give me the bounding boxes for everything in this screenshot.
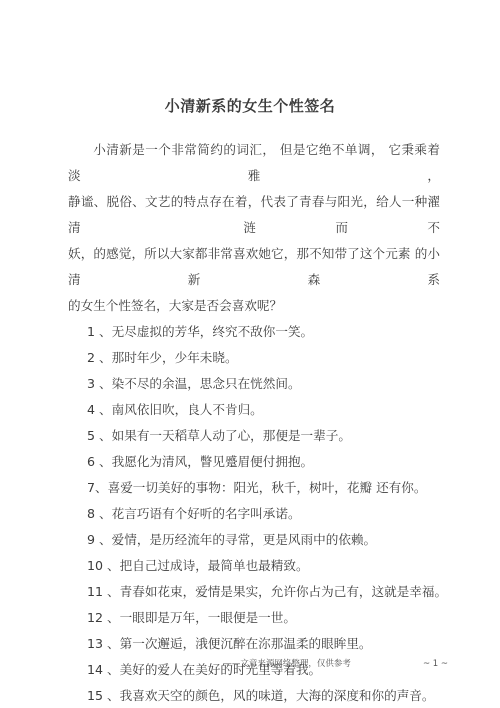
signature-item: 1 、无尽虚拟的芳华，终究不敌你一笑。 (68, 319, 440, 345)
item-number: 10 、 (87, 558, 120, 573)
signature-item: 3 、染不尽的余温，思念只在恍然间。 (68, 371, 440, 397)
signature-item: 6 、我愿化为清风，瞥见蹙眉便付拥抱。 (68, 449, 440, 475)
item-number: 15 、 (87, 688, 120, 703)
signature-item: 5 、如果有一天稻草人动了心，那便是一辈子。 (68, 423, 440, 449)
signature-item: 9 、爱情，是历经流年的寻常，更是风雨中的依赖。 (68, 527, 440, 553)
item-number: 1 、 (87, 324, 112, 339)
item-text: 花言巧语有个好听的名字叫承诺。 (112, 506, 301, 521)
item-text: 第一次邂逅，涐便沉醉在沵那温柔的眼眸里。 (120, 636, 372, 651)
signature-item: 4 、南风依旧吹，良人不肯归。 (68, 397, 440, 423)
item-text: 如果有一天稻草人动了心，那便是一辈子。 (112, 428, 351, 443)
signature-item: 11 、青春如花束，爱情是果实，允许你占为己有，这就是幸福。 (68, 579, 440, 605)
signature-item: 8 、花言巧语有个好听的名字叫承诺。 (68, 501, 440, 527)
item-number: 12 、 (87, 610, 120, 625)
item-number: 7、 (87, 480, 108, 495)
item-text: 无尽虚拟的芳华，终究不敌你一笑。 (112, 324, 314, 339)
signature-item: 13 、第一次邂逅，涐便沉醉在沵那温柔的眼眸里。 (68, 631, 440, 657)
intro-paragraph: 小清新是一个非常简约的词汇， 但是它绝不单调， 它秉乘着淡雅，静谧、脱俗、文艺的… (68, 137, 440, 319)
item-number: 11 、 (87, 584, 120, 599)
intro-line: 妖，的感觉，所以大家都非常喜欢她它，那不知带了这个元素 的小清新森系 (68, 241, 440, 293)
item-text: 南风依旧吹，良人不肯归。 (112, 402, 263, 417)
item-number: 5 、 (87, 428, 112, 443)
page-title: 小清新系的女生个性签名 (0, 0, 500, 115)
item-text: 爱情，是历经流年的寻常，更是风雨中的依赖。 (112, 532, 376, 547)
item-number: 8 、 (87, 506, 112, 521)
item-number: 3 、 (87, 376, 112, 391)
signature-item: 2 、那时年少，少年未晓。 (68, 345, 440, 371)
item-number: 9 、 (87, 532, 112, 547)
item-text: 青春如花束，爱情是果实，允许你占为己有，这就是幸福。 (120, 584, 447, 599)
document-body: 小清新是一个非常简约的词汇， 但是它绝不单调， 它秉乘着淡雅，静谧、脱俗、文艺的… (68, 137, 440, 708)
item-number: 2 、 (87, 350, 112, 365)
footer-source-note: ——文章来源网络整理，仅供参考 (223, 658, 351, 670)
item-text: 一眼即是万年，一眼便是一世。 (120, 610, 296, 625)
item-number: 13 、 (87, 636, 120, 651)
item-text: 我喜欢天空的颜色，风的味道，大海的深度和你的声音。 (120, 688, 435, 703)
item-text: 把自己过成诗，最简单也最精致。 (120, 558, 309, 573)
item-number: 4 、 (87, 402, 112, 417)
item-number: 6 、 (87, 454, 112, 469)
signature-list: 1 、无尽虚拟的芳华，终究不敌你一笑。2 、那时年少，少年未晓。3 、染不尽的余… (68, 319, 440, 708)
intro-line: 小清新是一个非常简约的词汇， 但是它绝不单调， 它秉乘着淡雅， (68, 137, 440, 189)
item-text: 染不尽的余温，思念只在恍然间。 (112, 376, 301, 391)
item-text: 喜爱一切美好的事物：阳光，秋千，树叶，花瓣 还有你。 (108, 480, 427, 495)
item-text: 那时年少，少年未晓。 (112, 350, 238, 365)
footer-page-number: ~ 1 ~ (423, 658, 448, 670)
signature-item: 10 、把自己过成诗，最简单也最精致。 (68, 553, 440, 579)
signature-item: 15 、我喜欢天空的颜色，风的味道，大海的深度和你的声音。 (68, 683, 440, 708)
item-text: 我愿化为清风，瞥见蹙眉便付拥抱。 (112, 454, 314, 469)
intro-line: 静谧、脱俗、文艺的特点存在着，代表了青春与阳光，给人一种濯清 涟而不 (68, 189, 440, 241)
signature-item: 12 、一眼即是万年，一眼便是一世。 (68, 605, 440, 631)
document-page: 小清新系的女生个性签名 小清新是一个非常简约的词汇， 但是它绝不单调， 它秉乘着… (0, 0, 500, 708)
intro-line: 的女生个性签名，大家是否会喜欢呢？ (68, 293, 440, 319)
signature-item: 7、喜爱一切美好的事物：阳光，秋千，树叶，花瓣 还有你。 (68, 475, 440, 501)
page-footer: ——文章来源网络整理，仅供参考 ~ 1 ~ (0, 658, 448, 670)
